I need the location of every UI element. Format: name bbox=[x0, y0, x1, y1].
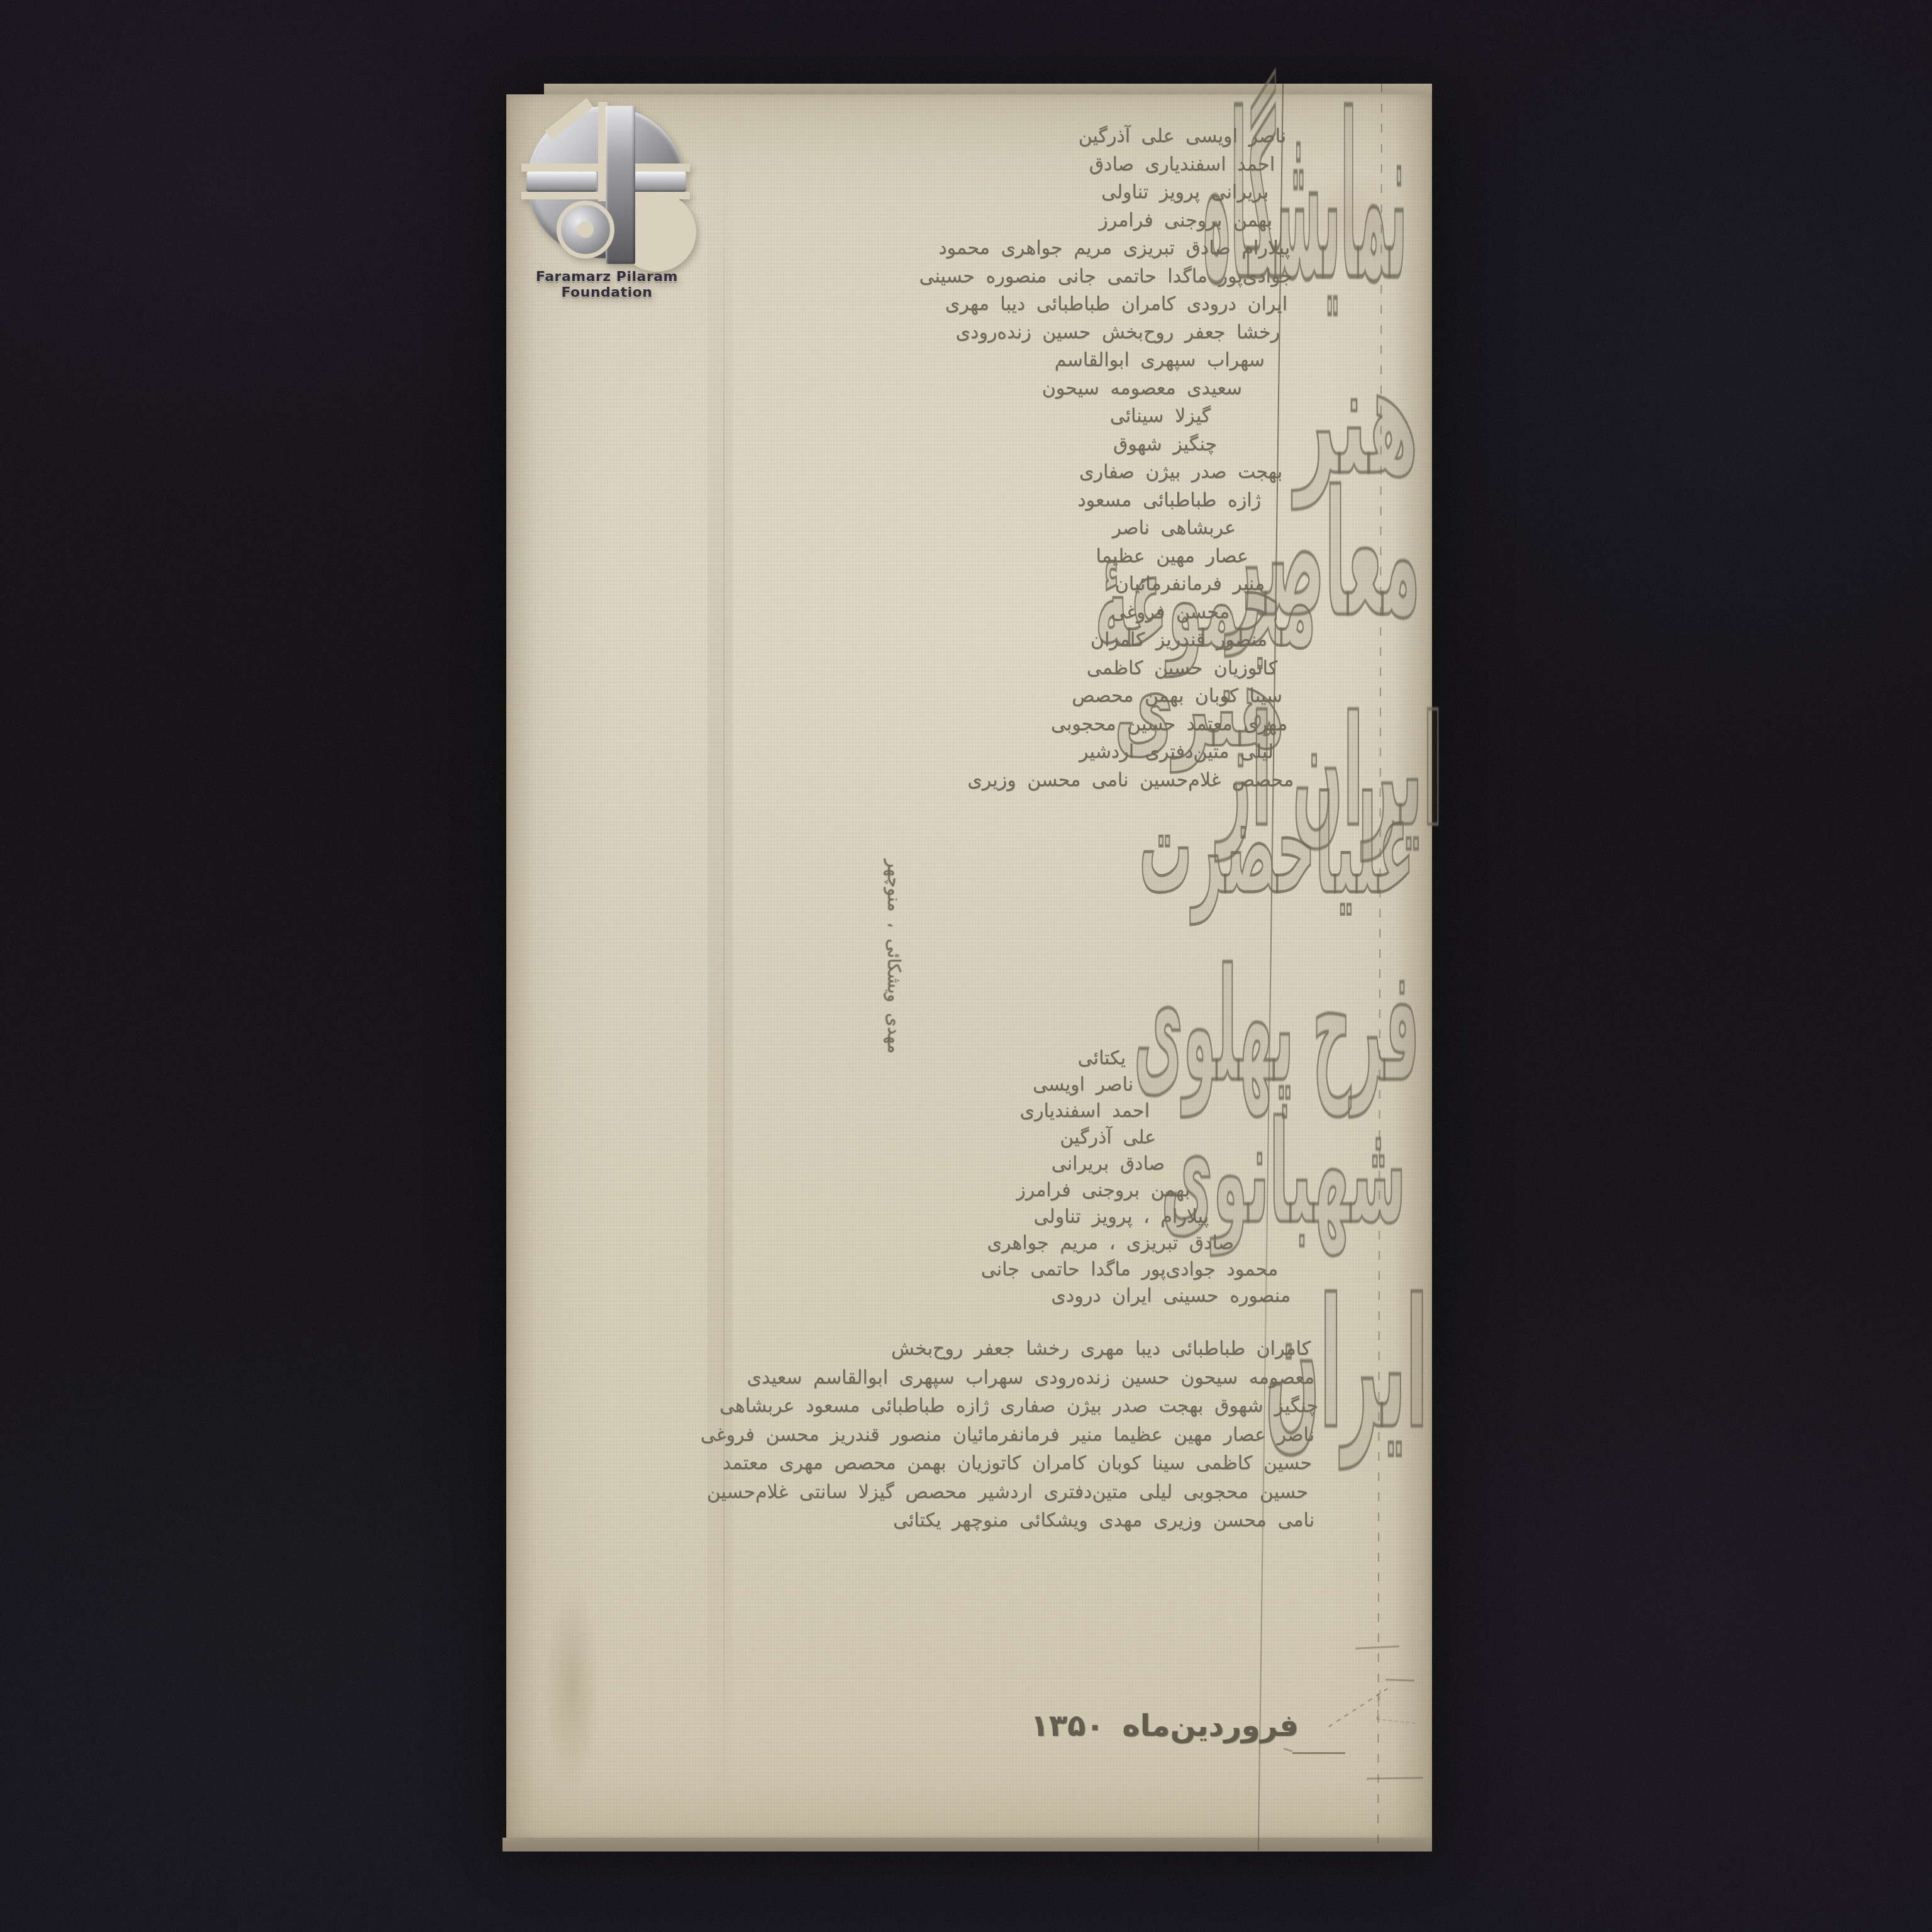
artist-line: احمد اسفندیاری صادق bbox=[919, 151, 1275, 179]
artist-line: بهمن بروجنی فرامرز bbox=[919, 207, 1273, 235]
artist-line: بریرانی پرویز تناولی bbox=[919, 179, 1269, 207]
artist-line: ایران درودی کامران طباطبائی دیبا مهری bbox=[919, 291, 1288, 319]
artist-line: نامی محسن وزیری مهدی ویشکائی منوچهر یکتا… bbox=[849, 1506, 1314, 1535]
artist-line: محصص غلام‌حسین نامی محسن وزیری bbox=[919, 767, 1294, 795]
artist-line: رخشا جعفر روح‌بخش حسین زنده‌رودی bbox=[919, 319, 1280, 347]
artist-line: کاتوزیان حسین کاظمی bbox=[919, 655, 1278, 683]
artist-paragraph: کامران طباطبائی دیبا مهری رخشا جعفر روح‌… bbox=[849, 1335, 1314, 1535]
artist-line: کامران طباطبائی دیبا مهری رخشا جعفر روح‌… bbox=[849, 1335, 1311, 1363]
artist-line: بهجت صدر بیژن صفاری bbox=[919, 458, 1283, 487]
artist-list-middle: یکتائیناصر اویسیاحمد اسفندیاریعلی آذرگین… bbox=[981, 1045, 1314, 1309]
artist-line: سینا کوبان بهمن محصص bbox=[919, 682, 1283, 711]
artist-line: چنگیز شهوق bbox=[919, 431, 1218, 459]
artist-line: سعیدی معصومه سیحون bbox=[919, 375, 1243, 403]
artist-line: ناصر اویسی علی آذرگین bbox=[919, 123, 1287, 151]
artist-line: معصومه سیحون حسین زنده‌رودی سهراب سپهری … bbox=[849, 1363, 1314, 1392]
artist-line: صادق تبریزی ، مریم جواهری bbox=[981, 1230, 1234, 1257]
artist-line: گیزلا سینائی bbox=[919, 402, 1211, 431]
artist-line: ژازه طباطبائی مسعود bbox=[919, 487, 1262, 515]
artist-line: پیلارام صادق تبریزی مریم جواهری محمود bbox=[919, 235, 1291, 263]
artist-line: منصوره حسینی ایران درودی bbox=[981, 1283, 1291, 1309]
artist-list-top: ناصر اویسی علی آذرگیناحمد اسفندیاری صادق… bbox=[919, 123, 1287, 794]
artist-line: محمود جوادی‌پور ماگدا حاتمی جانی bbox=[981, 1257, 1278, 1283]
artist-line: احمد اسفندیاری bbox=[981, 1098, 1150, 1124]
artist-line: پیلارام ، پرویز تناولی bbox=[981, 1204, 1209, 1230]
artist-line: مهری معتمد حسین محجوبی bbox=[919, 711, 1288, 739]
artist-line: سهراب سپهری ابوالقاسم bbox=[919, 347, 1265, 375]
poster-sheet: Faramarz Pilaram Foundation نمایشگاههنرم… bbox=[506, 94, 1432, 1838]
artist-line: حسین محجوبی لیلی متین‌دفتری اردشیر محصص … bbox=[849, 1478, 1308, 1507]
artist-line: لیلی متین‌دفتری اردشیر bbox=[919, 738, 1274, 767]
artist-line: ناصر اویسی bbox=[981, 1072, 1133, 1098]
artist-line: عصار مهین عظیما bbox=[919, 543, 1249, 571]
artist-line: محسن فروغی bbox=[919, 599, 1230, 627]
date-line: فروردین‌ماه ۱۳۵۰ bbox=[1030, 1708, 1299, 1743]
artist-line: حسین کاظمی سینا کوبان کامران کاتوزیان به… bbox=[849, 1449, 1312, 1478]
artist-line: جوادی‌پور ماگدا حاتمی جانی منصوره حسینی bbox=[919, 263, 1293, 291]
artist-side-note-vertical: مهدی ویشکائی ، منوچهر bbox=[884, 850, 905, 1063]
artist-line: علی آذرگین bbox=[981, 1124, 1156, 1151]
paper-bottom-edge bbox=[502, 1838, 1432, 1851]
artist-line: عربشاهی ناصر bbox=[919, 514, 1236, 543]
artist-line: منیر فرمانفرمائیان bbox=[919, 570, 1265, 599]
artist-line: منصور قندریز کامران bbox=[919, 626, 1268, 655]
photograph-of-poster: { "foundation": { "caption": "Faramarz P… bbox=[0, 0, 1932, 1932]
artist-line: یکتائی bbox=[981, 1045, 1126, 1072]
artist-line: صادق بریرانی bbox=[981, 1151, 1165, 1177]
artist-line: ناصر عصار مهین عظیما منیر فرمانفرمائیان … bbox=[849, 1421, 1314, 1450]
artist-line: چنگیز شهوق بهجت صدر بیژن صفاری ژازه طباط… bbox=[849, 1392, 1318, 1421]
artist-line: بهمن بروجنی فرامرز bbox=[981, 1177, 1190, 1204]
